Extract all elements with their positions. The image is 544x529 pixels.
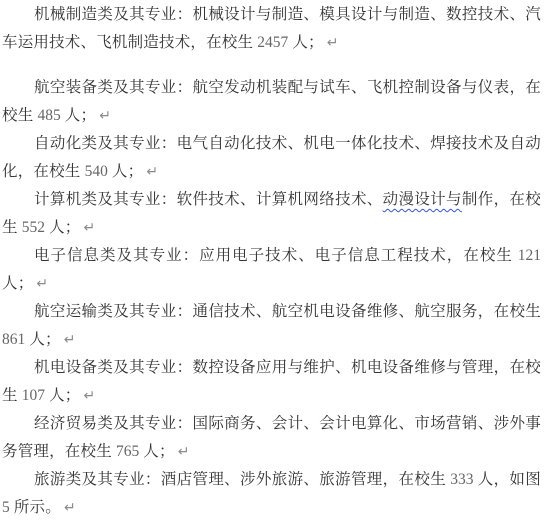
document-body: 机械制造类及其专业：机械设计与制造、模具设计与制造、数控技术、汽车运用技术、飞机… [0, 0, 544, 522]
text-run: 人； [61, 107, 96, 124]
paragraph: 机电设备类及其专业：数控设备应用与维护、机电设备维修与管理，在校生 107 人；… [2, 354, 541, 410]
text-run: 经济贸易类及其专业：国际商务、会计、会计电算化、市场营销、涉外事务管理，在校生 [2, 415, 541, 460]
enrollment-number: 540 [85, 163, 108, 180]
paragraph-mark-icon: ↵ [178, 444, 190, 460]
enrollment-number: 121 [518, 247, 541, 264]
spellcheck-underlined-text: 动漫设计与 [383, 191, 462, 208]
text-run: 人； [139, 443, 174, 460]
paragraph-mark-icon: ↵ [84, 220, 96, 236]
text-run: 人； [25, 331, 60, 348]
paragraph: 航空运输类及其专业：通信技术、航空机电设备维修、航空服务，在校生 861 人；↵ [2, 298, 541, 354]
text-run: 人； [108, 163, 143, 180]
text-run: 计算机类及其专业：软件技术、计算机网络技术、 [34, 191, 383, 208]
text-run: 人； [2, 275, 33, 292]
text-run: 电子信息类及其专业：应用电子技术、电子信息工程技术，在校生 [34, 247, 518, 264]
enrollment-number: 552 [22, 219, 45, 236]
text-run: 人； [45, 387, 80, 404]
enrollment-number: 107 [22, 387, 45, 404]
enrollment-number: 333 [450, 471, 473, 488]
paragraph-mark-icon: ↵ [64, 500, 76, 516]
text-run: 人； [45, 219, 80, 236]
paragraph: 自动化类及其专业：电气自动化技术、机电一体化技术、焊接技术及自动化，在校生 54… [2, 130, 541, 186]
enrollment-number: 2457 [257, 34, 288, 51]
paragraph: 航空装备类及其专业：航空发动机装配与试车、飞机控制设备与仪表，在校生 485 人… [2, 74, 541, 130]
paragraph-mark-icon: ↵ [36, 276, 48, 292]
paragraph-mark-icon: ↵ [327, 35, 339, 51]
paragraph-mark-icon: ↵ [146, 164, 158, 180]
paragraph: 旅游类及其专业：酒店管理、涉外旅游、旅游管理，在校生 333 人，如图 5 所示… [2, 466, 541, 522]
paragraph: 经济贸易类及其专业：国际商务、会计、会计电算化、市场营销、涉外事务管理，在校生 … [2, 410, 541, 466]
text-run: 所示。 [10, 499, 61, 516]
enrollment-number: 485 [37, 107, 60, 124]
text-run: 旅游类及其专业：酒店管理、涉外旅游、旅游管理，在校生 [34, 471, 450, 488]
paragraph-mark-icon: ↵ [64, 332, 76, 348]
paragraph-mark-icon: ↵ [99, 108, 111, 124]
text-run: 人； [288, 34, 323, 51]
enrollment-number: 5 [2, 499, 10, 516]
paragraph: 计算机类及其专业：软件技术、计算机网络技术、动漫设计与制作，在校生 552 人；… [2, 186, 541, 242]
text-run: 机电设备类及其专业：数控设备应用与维护、机电设备维修与管理，在校生 [2, 359, 541, 404]
paragraph-mark-icon: ↵ [84, 388, 96, 404]
enrollment-number: 861 [2, 331, 25, 348]
text-run: 人，如图 [474, 471, 541, 488]
text-run: 航空运输类及其专业：通信技术、航空机电设备维修、航空服务，在校生 [34, 303, 541, 320]
enrollment-number: 765 [116, 443, 139, 460]
text-run: 自动化类及其专业：电气自动化技术、机电一体化技术、焊接技术及自动化，在校生 [2, 135, 541, 180]
paragraph: 电子信息类及其专业：应用电子技术、电子信息工程技术，在校生 121 人；↵ [2, 242, 541, 298]
paragraph: 机械制造类及其专业：机械设计与制造、模具设计与制造、数控技术、汽车运用技术、飞机… [2, 1, 541, 57]
